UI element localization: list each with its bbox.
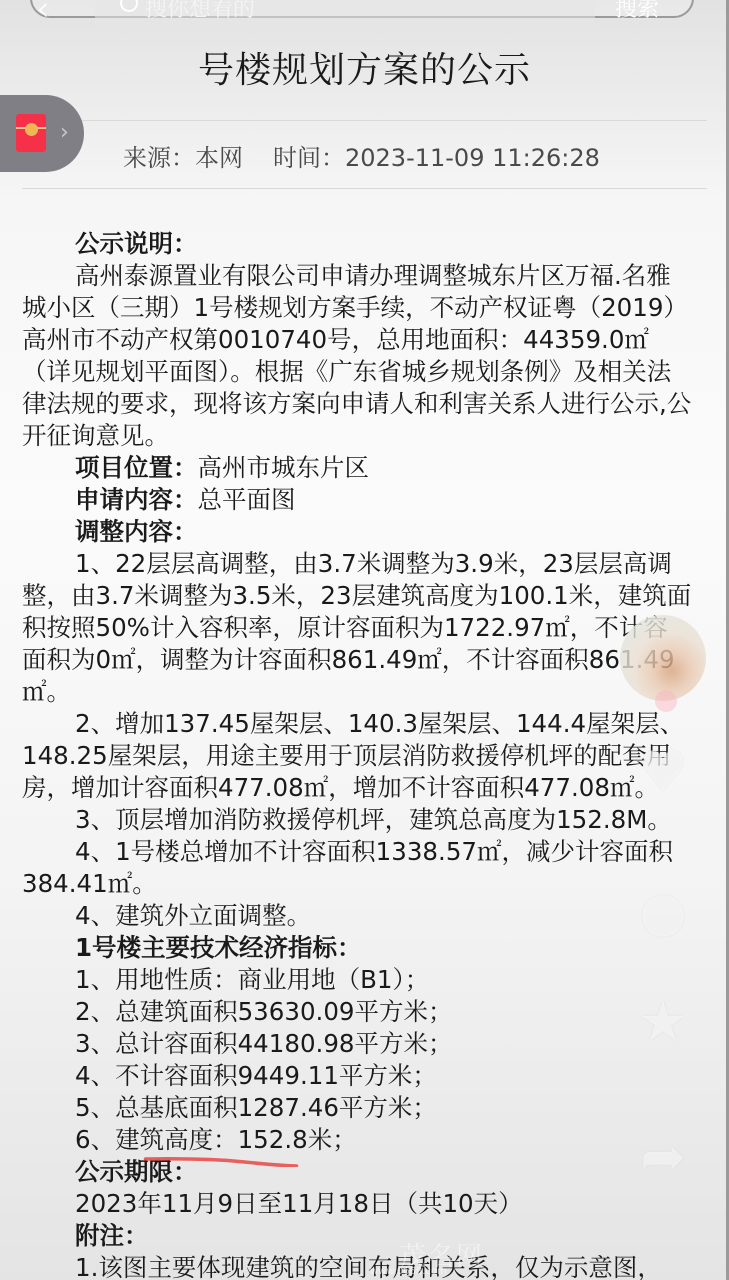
article-body: 公示说明： 高州泰源置业有限公司申请办理调整城东片区万福.名雅城小区（三期）1号… [22, 228, 692, 1280]
search-button[interactable]: 搜索 [615, 0, 659, 23]
avatar[interactable] [620, 615, 706, 701]
indicator-item: 3、总计容面积44180.98平方米； [22, 1028, 692, 1060]
adjust-item: 4、建筑外立面调整。 [22, 900, 692, 932]
back-button[interactable]: ‹ [36, 0, 66, 30]
page-title: 号楼规划方案的公示 [0, 42, 729, 93]
source-label: 来源：本网 [123, 144, 243, 172]
adjust-item: 3、顶层增加消防救援停机坪，建筑总高度为152.8M。 [22, 804, 692, 836]
adjust-item: 2、增加137.45屋架层、140.3屋架层、144.4屋架层、148.25屋架… [22, 708, 692, 804]
indicators-heading: 1号楼主要技术经济指标： [22, 932, 692, 964]
location-value: 高州市城东片区 [198, 453, 370, 482]
watermark-url: www.0668.com [370, 1266, 447, 1277]
search-input[interactable]: 搜你想看的 [145, 0, 255, 23]
article-meta: 来源：本网时间：2023-11-09 11:26:28 [123, 138, 600, 173]
star-icon[interactable]: ★ [628, 990, 698, 1053]
notice-heading: 公示说明： [22, 228, 692, 260]
apply-value: 总平面图 [198, 485, 296, 514]
red-packet-icon[interactable] [16, 114, 46, 152]
divider-top [22, 120, 707, 121]
indicator-item: 2、总建筑面积53630.09平方米； [22, 996, 692, 1028]
apply-content: 申请内容：总平面图 [22, 484, 692, 516]
location-label: 项目位置： [75, 453, 198, 482]
adjust-heading: 调整内容： [22, 516, 692, 548]
indicator-item: 4、不计容面积9449.11平方米； [22, 1060, 692, 1092]
project-location: 项目位置：高州市城东片区 [22, 452, 692, 484]
remarks-heading: 附注： [22, 1220, 692, 1252]
chevron-left-icon: ‹ [36, 0, 50, 29]
indicator-item: 5、总基底面积1287.46平方米； [22, 1092, 692, 1124]
comment-icon[interactable]: ● [628, 880, 698, 943]
red-packet-coin [25, 123, 38, 136]
time-label: 时间：2023-11-09 11:26:28 [273, 144, 600, 172]
period-heading: 公示期限： [22, 1156, 692, 1188]
divider-bottom [22, 188, 707, 189]
indicator-item: 1、用地性质：商业用地（B1）； [22, 964, 692, 996]
adjust-item: 1、22层层高调整，由3.7米调整为3.9米，23层层高调整，由3.7米调整为3… [22, 548, 692, 708]
apply-label: 申请内容： [75, 485, 198, 514]
share-icon[interactable]: ➦ [628, 1125, 698, 1188]
adjust-item: 4、1号楼总增加不计容面积1338.57㎡，减少计容面积384.41㎡。 [22, 836, 692, 900]
notice-body: 高州泰源置业有限公司申请办理调整城东片区万福.名雅城小区（三期）1号楼规划方案手… [22, 260, 692, 452]
chevron-right-icon: › [60, 120, 69, 145]
follow-button[interactable] [655, 690, 677, 712]
heart-icon[interactable]: ♥ [628, 740, 698, 803]
period-value: 2023年11月9日至11月18日（共10天） [22, 1188, 692, 1220]
remark-item: 1.该图主要体现建筑的空间布局和关系，仅为示意图， [22, 1252, 692, 1280]
top-bar: ‹ 搜你想看的 搜索 [0, 0, 729, 42]
indicator-item: 6、建筑高度：152.8米； [22, 1124, 692, 1156]
